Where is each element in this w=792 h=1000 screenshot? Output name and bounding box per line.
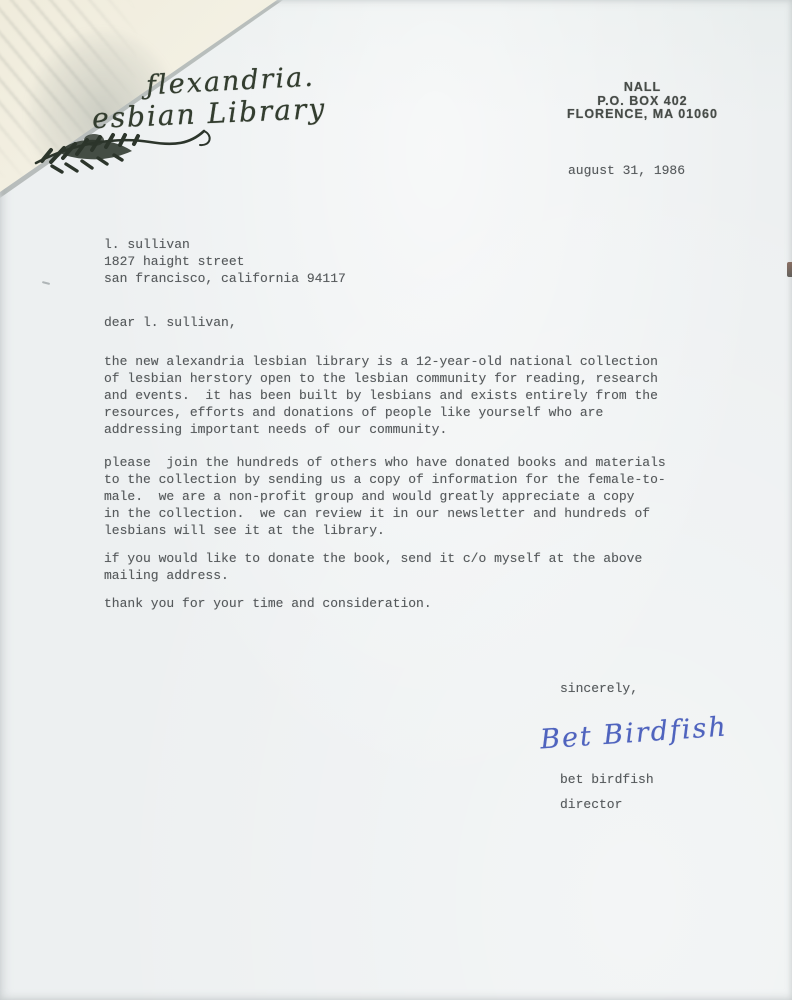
body-paragraph-4: thank you for your time and consideratio… [104,595,432,612]
typed-signer-name: bet birdfish [560,771,654,788]
stamp-po-box: P.O. BOX 402 [545,95,740,109]
scan-edge-artifact [787,262,792,277]
fern-flourish-icon [30,122,230,177]
handwritten-signature: Bet Birdfish [539,711,729,755]
recipient-address: l. sullivan 1827 haight street san franc… [104,236,346,287]
stamp-name: NALL [545,81,740,95]
valediction: sincerely, [560,680,638,697]
scan-dash-artifact [42,281,50,285]
body-paragraph-3: if you would like to donate the book, se… [104,550,642,584]
letter-date: august 31, 1986 [568,162,685,179]
body-paragraph-2: please join the hundreds of others who h… [104,454,666,539]
stamp-city-state-zip: FLORENCE, MA 01060 [545,108,740,122]
body-paragraph-1: the new alexandria lesbian library is a … [104,353,658,438]
signer-title: director [560,796,622,813]
return-address-stamp: NALL P.O. BOX 402 FLORENCE, MA 01060 [545,81,740,122]
salutation: dear l. sullivan, [104,314,237,331]
scanned-letter-page: { "page": { "paper_color": "#edf0f1", "f… [0,0,792,1000]
